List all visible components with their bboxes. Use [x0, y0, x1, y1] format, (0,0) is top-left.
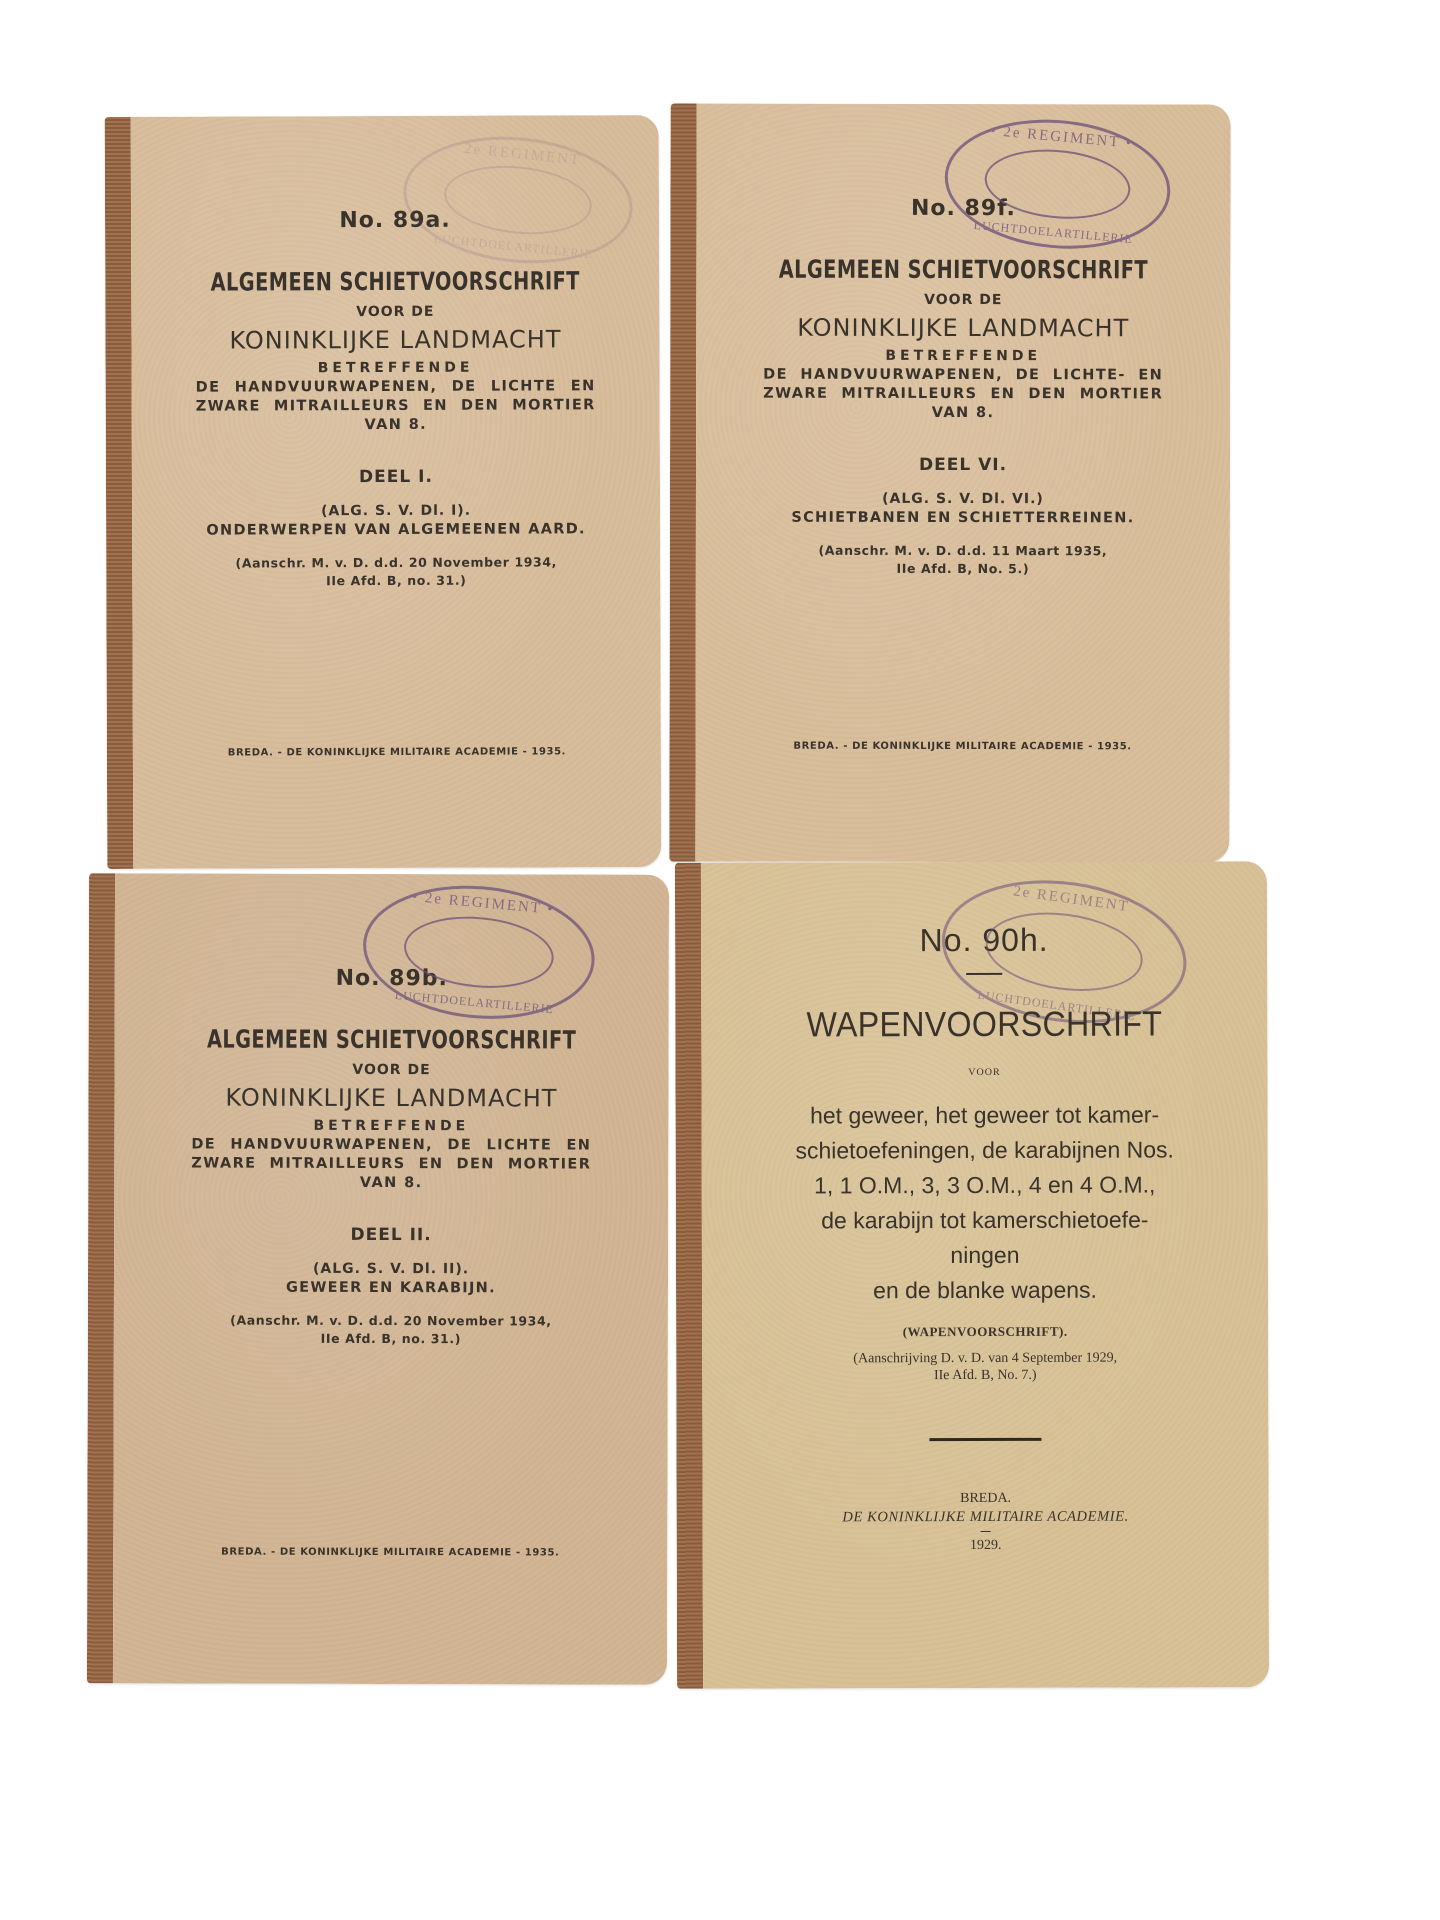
- regiment-stamp: • 2e REGIMENT • LUCHTDOELARTILLERIE: [357, 876, 600, 1028]
- betreffende: BETREFFENDE: [696, 348, 1230, 365]
- regiment-stamp: • 2e REGIMENT • LUCHTDOELARTILLERIE: [939, 110, 1175, 258]
- cloth-spine: [675, 863, 703, 1689]
- short-title: (WAPENVOORSCHRIFT).: [702, 1323, 1268, 1340]
- booklet-title: WAPENVOORSCHRIFT: [724, 1004, 1245, 1045]
- cloth-spine: [105, 117, 134, 869]
- part-code: (ALG. S. V. Dl. II).: [114, 1260, 668, 1277]
- part-number: DEEL I.: [132, 466, 660, 488]
- part-number: DEEL VI.: [696, 455, 1230, 476]
- subject: DE HANDVUURWAPENEN, DE LICHTE EN ZWARE M…: [196, 377, 596, 435]
- booklet-89b: • 2e REGIMENT • LUCHTDOELARTILLERIE No. …: [87, 873, 669, 1685]
- publisher: BREDA. - DE KONINKLIJKE MILITAIRE ACADEM…: [113, 1546, 667, 1558]
- part-number: DEEL II.: [114, 1224, 668, 1245]
- reference: (Aanschrijving D. v. D. van 4 September …: [702, 1349, 1268, 1384]
- publisher: BREDA. - DE KONINKLIJKE MILITAIRE ACADEM…: [133, 746, 661, 759]
- organization: KONINKLIJKE LANDMACHT: [696, 314, 1230, 343]
- reference: (Aanschr. M. v. D. d.d. 20 November 1934…: [132, 553, 660, 591]
- publisher: BREDA. - DE KONINKLIJKE MILITAIRE ACADEM…: [696, 741, 1230, 753]
- booklet-89f: • 2e REGIMENT • LUCHTDOELARTILLERIE No. …: [669, 104, 1230, 863]
- booklet-90h: 2e REGIMENT LUCHTDOELARTILLERIE No. 90h.…: [675, 861, 1269, 1689]
- divider: [981, 1531, 991, 1532]
- part-title: ONDERWERPEN VAN ALGEMEENEN AARD.: [196, 520, 596, 540]
- part-code: (ALG. S. V. Dl. I).: [132, 502, 660, 520]
- reference: (Aanschr. M. v. D. d.d. 20 November 1934…: [114, 1311, 668, 1348]
- booklet-89a: 2e REGIMENT LUCHTDOELARTILLERIE No. 89a.…: [105, 115, 662, 869]
- organization: KONINKLIJKE LANDMACHT: [114, 1083, 668, 1112]
- part-title: SCHIETBANEN EN SCHIETTERREINEN.: [763, 509, 1163, 529]
- booklet-title: ALGEMEEN SCHIETVOORSCHRIFT: [153, 1024, 630, 1054]
- cover: 2e REGIMENT LUCHTDOELARTILLERIE No. 90h.…: [701, 861, 1269, 1688]
- cloth-spine: [669, 104, 696, 862]
- subject: DE HANDVUURWAPENEN, DE LICHTE EN ZWARE M…: [191, 1136, 591, 1194]
- part-title: GEWEER EN KARABIJN.: [191, 1279, 591, 1299]
- publisher: DE KONINKLIJKE MILITAIRE ACADEMIE.: [703, 1508, 1269, 1526]
- betreffende: BETREFFENDE: [132, 359, 660, 377]
- subject: het geweer, het geweer tot kamer- schiet…: [770, 1097, 1201, 1308]
- regiment-stamp: 2e REGIMENT LUCHTDOELARTILLERIE: [397, 126, 638, 274]
- cloth-spine: [87, 873, 115, 1683]
- betreffende: BETREFFENDE: [114, 1117, 668, 1134]
- cover: • 2e REGIMENT • LUCHTDOELARTILLERIE No. …: [113, 873, 669, 1684]
- voor-de: VOOR DE: [115, 1061, 669, 1078]
- voor-de: VOOR DE: [131, 303, 659, 321]
- year: 1929.: [703, 1537, 1269, 1554]
- divider: [929, 1438, 1041, 1441]
- cover: • 2e REGIMENT • LUCHTDOELARTILLERIE No. …: [695, 104, 1230, 863]
- place: BREDA.: [703, 1490, 1269, 1507]
- voor-de: VOOR DE: [696, 292, 1230, 309]
- booklet-title: ALGEMEEN SCHIETVOORSCHRIFT: [168, 266, 622, 297]
- booklet-title: ALGEMEEN SCHIETVOORSCHRIFT: [734, 255, 1193, 285]
- subject: DE HANDVUURWAPENEN, DE LICHTE- EN ZWARE …: [763, 366, 1163, 424]
- voor: VOOR: [701, 1066, 1267, 1078]
- part-code: (ALG. S. V. Dl. VI.): [696, 491, 1230, 508]
- organization: KONINKLIJKE LANDMACHT: [131, 325, 659, 355]
- reference: (Aanschr. M. v. D. d.d. 11 Maart 1935, I…: [696, 542, 1230, 579]
- cover: 2e REGIMENT LUCHTDOELARTILLERIE No. 89a.…: [131, 115, 662, 869]
